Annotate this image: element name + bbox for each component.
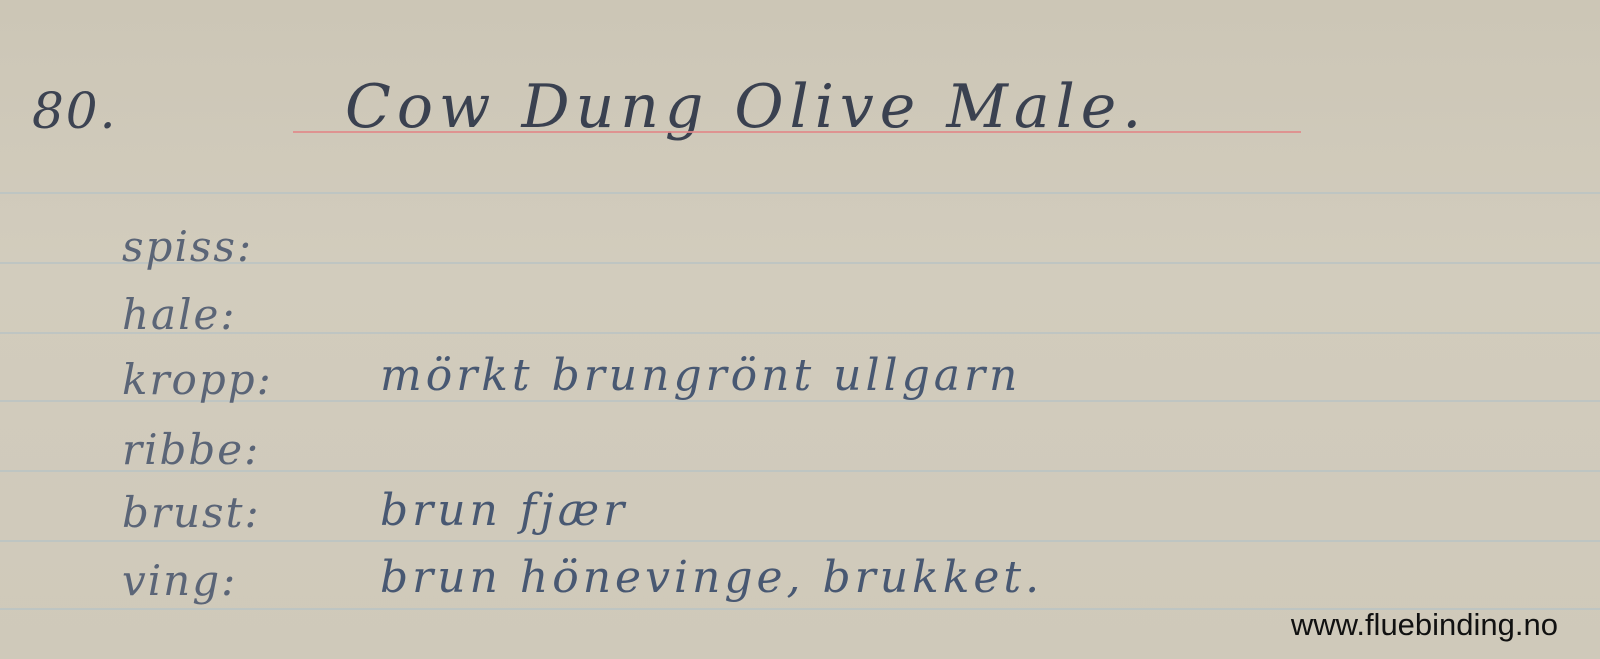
ruled-line — [0, 192, 1600, 194]
field-value-ving: brun hönevinge, brukket. — [380, 552, 1043, 603]
website-watermark: www.fluebinding.no — [1291, 607, 1558, 643]
field-label-ribbe: ribbe: — [122, 425, 260, 474]
field-label-ving: ving: — [122, 556, 237, 605]
field-label-spiss: spiss: — [122, 222, 253, 271]
field-label-brust: brust: — [122, 488, 261, 537]
ruled-line — [0, 540, 1600, 542]
field-value-kropp: mörkt brungrönt ullgarn — [380, 350, 1021, 401]
notebook-page: 80. Cow Dung Olive Male. spiss: hale: kr… — [0, 0, 1600, 659]
entry-number: 80. — [32, 82, 118, 140]
field-label-kropp: kropp: — [122, 355, 273, 404]
title-underline — [293, 131, 1301, 133]
field-label-hale: hale: — [122, 290, 237, 339]
field-value-brust: brun fjær — [380, 485, 628, 536]
ruled-line — [0, 332, 1600, 334]
